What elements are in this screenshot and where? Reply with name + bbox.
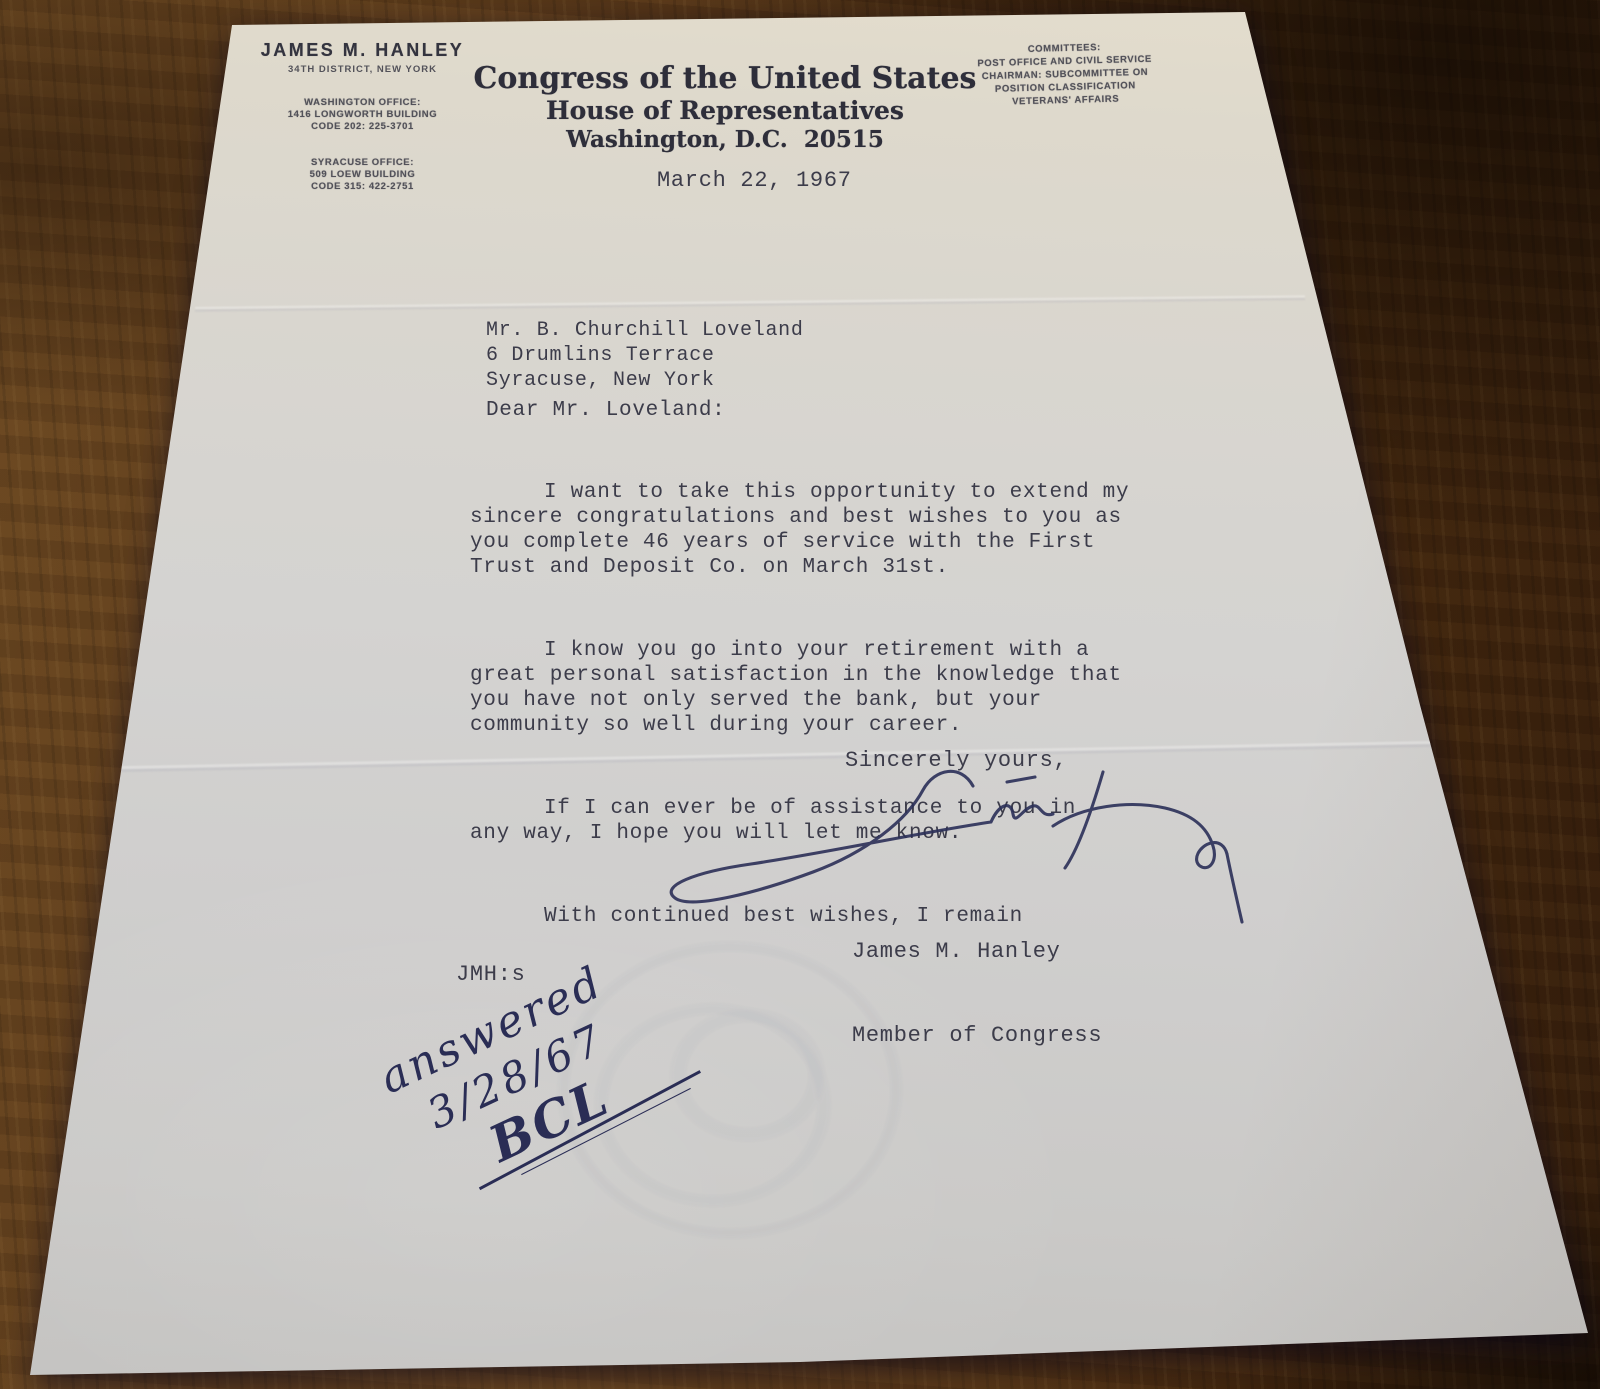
letterhead-seal-block: Congress of the United States House of R… [430, 62, 1020, 154]
letterhead-committees-block: Committees:Post Office and Civil Service… [934, 39, 1196, 111]
syracuse-office-lines: Syracuse Office:509 Loew BuildingCode 31… [240, 157, 485, 193]
letter-sheet: JAMES M. HANLEY 34th District, New York … [0, 0, 1600, 1389]
reference-initials: JMH:s [456, 962, 526, 987]
typed-title: Member of Congress [852, 1022, 1102, 1050]
fold-crease-top [195, 295, 1305, 312]
typed-name: James M. Hanley [852, 938, 1102, 966]
member-name: JAMES M. HANLEY [240, 40, 485, 61]
recipient-address: Mr. B. Churchill Loveland6 Drumlins Terr… [486, 318, 804, 393]
house-line: House of Representatives [430, 96, 1020, 126]
salutation: Dear Mr. Loveland: [486, 398, 725, 423]
paragraph-2: I know you go into your retirement with … [470, 638, 1180, 738]
letter-sheet-shadow: JAMES M. HANLEY 34th District, New York … [0, 0, 1600, 1389]
photo-of-letter-on-wood-table: JAMES M. HANLEY 34th District, New York … [0, 0, 1600, 1389]
washington-dc-line: Washington, D.C. 20515 [430, 126, 1020, 154]
congress-line: Congress of the United States [430, 62, 1020, 96]
paragraph-1: I want to take this opportunity to exten… [470, 480, 1180, 580]
committees-lines: Committees:Post Office and Civil Service… [934, 39, 1196, 111]
typed-signature-block: James M. Hanley Member of Congress [852, 882, 1102, 1106]
letter-date: March 22, 1967 [657, 168, 852, 193]
